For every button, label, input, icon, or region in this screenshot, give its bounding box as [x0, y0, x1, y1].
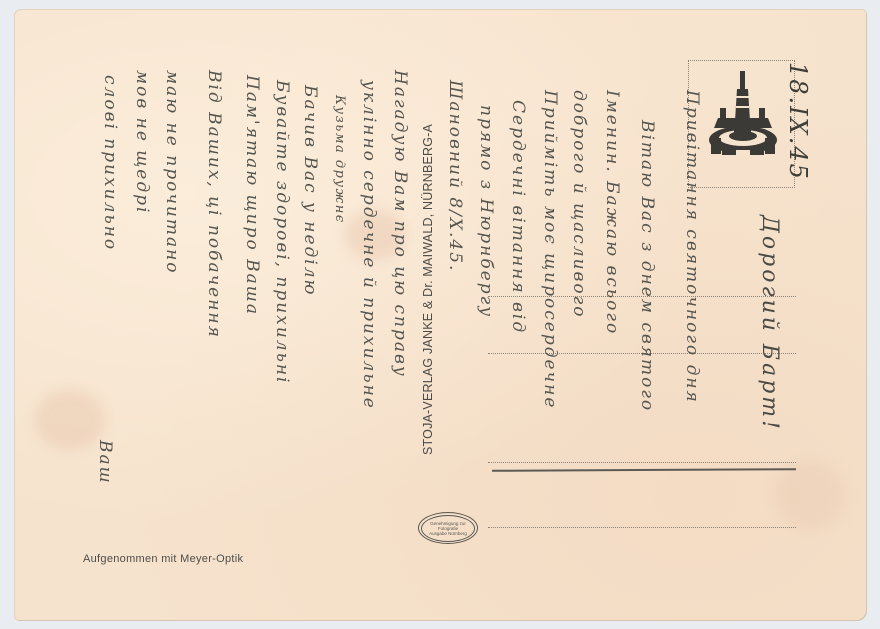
message-line: Сердечні вітання від	[509, 100, 526, 334]
message-line: слові прихильно	[101, 75, 118, 251]
address-greeting: Дорогий Барт!	[758, 215, 780, 432]
stamp-text: Ausgabe Nürnberg	[429, 531, 467, 536]
handwritten-date: 18.IX.45	[784, 62, 812, 181]
message-line: уклінно сердечне й прихильне	[360, 80, 377, 410]
message-line: прямо з Нюрнбергу	[477, 105, 494, 318]
address-line-3	[488, 462, 796, 463]
stamp-box	[688, 60, 795, 188]
message-line: Бачив Вас у неділю	[301, 85, 318, 297]
message-line: Прийміть моє щиросердечне	[541, 90, 558, 409]
message-line: Кузьма дружнє	[333, 95, 346, 224]
message-line: Пам'ятаю щиро Ваша	[243, 75, 260, 316]
monument-icon	[706, 66, 780, 176]
address-line: Іменин. Бажаю всього	[603, 90, 620, 335]
address-line: Вітаю Вас з днем святого	[638, 120, 655, 412]
paper-stain	[775, 460, 845, 530]
address-line: Привітання святочного дня	[683, 90, 700, 404]
address-line: доброго й щасливого	[570, 90, 587, 319]
message-line: мов не щедрі	[133, 70, 150, 214]
approval-stamp: Genehmigung zur Fotografie Ausgabe Nürnb…	[418, 512, 478, 544]
message-line: Бувайте здорові, прихильні	[273, 80, 290, 385]
publisher-imprint: STOJA-VERLAG JANKE & Dr. MAIWALD, NÜRNBE…	[421, 124, 435, 455]
address-line-4	[488, 527, 796, 528]
message-line: маю не прочитано	[163, 70, 180, 275]
message-line: Від Ваших, ці побачення	[205, 70, 222, 339]
signature: Ваш	[96, 440, 113, 485]
message-line: Шановний 8/X.45.	[446, 80, 463, 272]
photo-credit: Aufgenommen mit Meyer-Optik	[83, 553, 243, 565]
message-line: Нагадую Вам про цю справу	[391, 70, 408, 378]
